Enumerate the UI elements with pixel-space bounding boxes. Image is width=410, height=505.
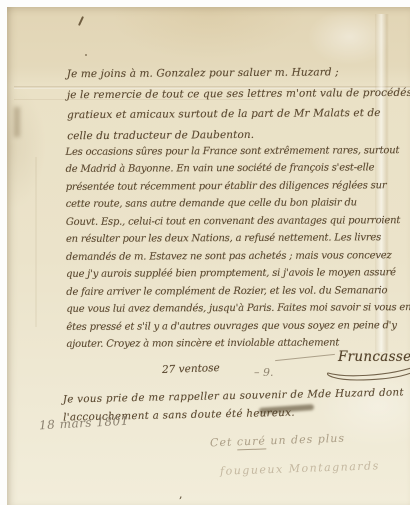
ink-dot-mark xyxy=(85,54,87,56)
manuscript-line: en résulter pour les deux Nations, a ref… xyxy=(66,229,410,248)
pencil-note-line-1: Cet curé un des plus xyxy=(210,432,345,450)
manuscript-line: Je me joins à m. Gonzalez pour saluer m.… xyxy=(67,62,410,85)
letter-date-pencil-year: – 9. xyxy=(254,366,274,379)
paper-edge-blotch xyxy=(14,107,20,137)
manuscript-line: Gouvt. Esp., celui-ci tout en convenant … xyxy=(66,212,410,231)
pencil-note-word: Cet xyxy=(210,436,233,450)
manuscript-line: je le remercie de tout ce que ses lettre… xyxy=(67,82,410,105)
manuscript-line: de faire arriver le complément de Rozier… xyxy=(66,282,410,301)
manuscript-line: de Madrid à Bayonne. En vain une société… xyxy=(66,160,410,179)
signature: Fruncassel xyxy=(338,349,410,365)
letter-paragraph-body: Les occasions sûres pour la France sont … xyxy=(65,142,410,353)
letter-date: 27 ventose xyxy=(162,362,220,376)
manuscript-line: présentée tout récemment pour établir de… xyxy=(66,177,410,196)
manuscript-line: cette route, sans autre demande que cell… xyxy=(66,194,410,213)
manuscript-line: que vous lui avez demandés, jusqu'à Pari… xyxy=(66,299,410,318)
letter-sheet: Je me joins à m. Gonzalez pour saluer m.… xyxy=(7,7,410,505)
manuscript-line: êtes pressé et s'il y a d'autres ouvrage… xyxy=(66,317,410,336)
manuscript-line: demandés de m. Estavez ne sont pas achet… xyxy=(66,247,410,266)
fold-crease-vertical-faint xyxy=(35,157,37,327)
manuscript-line: que j'y aurois suppléé bien promptement,… xyxy=(66,264,410,283)
manuscript-line: Les occasions sûres pour la France sont … xyxy=(65,142,410,161)
ink-stroke-mark xyxy=(78,16,84,26)
letter-paragraph-opening: Je me joins à m. Gonzalez pour saluer m.… xyxy=(67,62,410,146)
margin-date-annotation: 18 mars 1801 xyxy=(39,414,129,433)
signature-flourish xyxy=(323,365,410,383)
pencil-note-line-2: fougueux Montagnards xyxy=(220,459,380,478)
signature-lead-stroke xyxy=(275,354,335,361)
pencil-note-word-underlined: curé xyxy=(237,434,267,450)
manuscript-line: gratieux et amicaux surtout de la part d… xyxy=(67,103,410,126)
ink-comma-mark: , xyxy=(179,488,183,501)
photo-background: Je me joins à m. Gonzalez pour saluer m.… xyxy=(0,0,410,505)
pencil-note-word: un des plus xyxy=(270,432,345,448)
